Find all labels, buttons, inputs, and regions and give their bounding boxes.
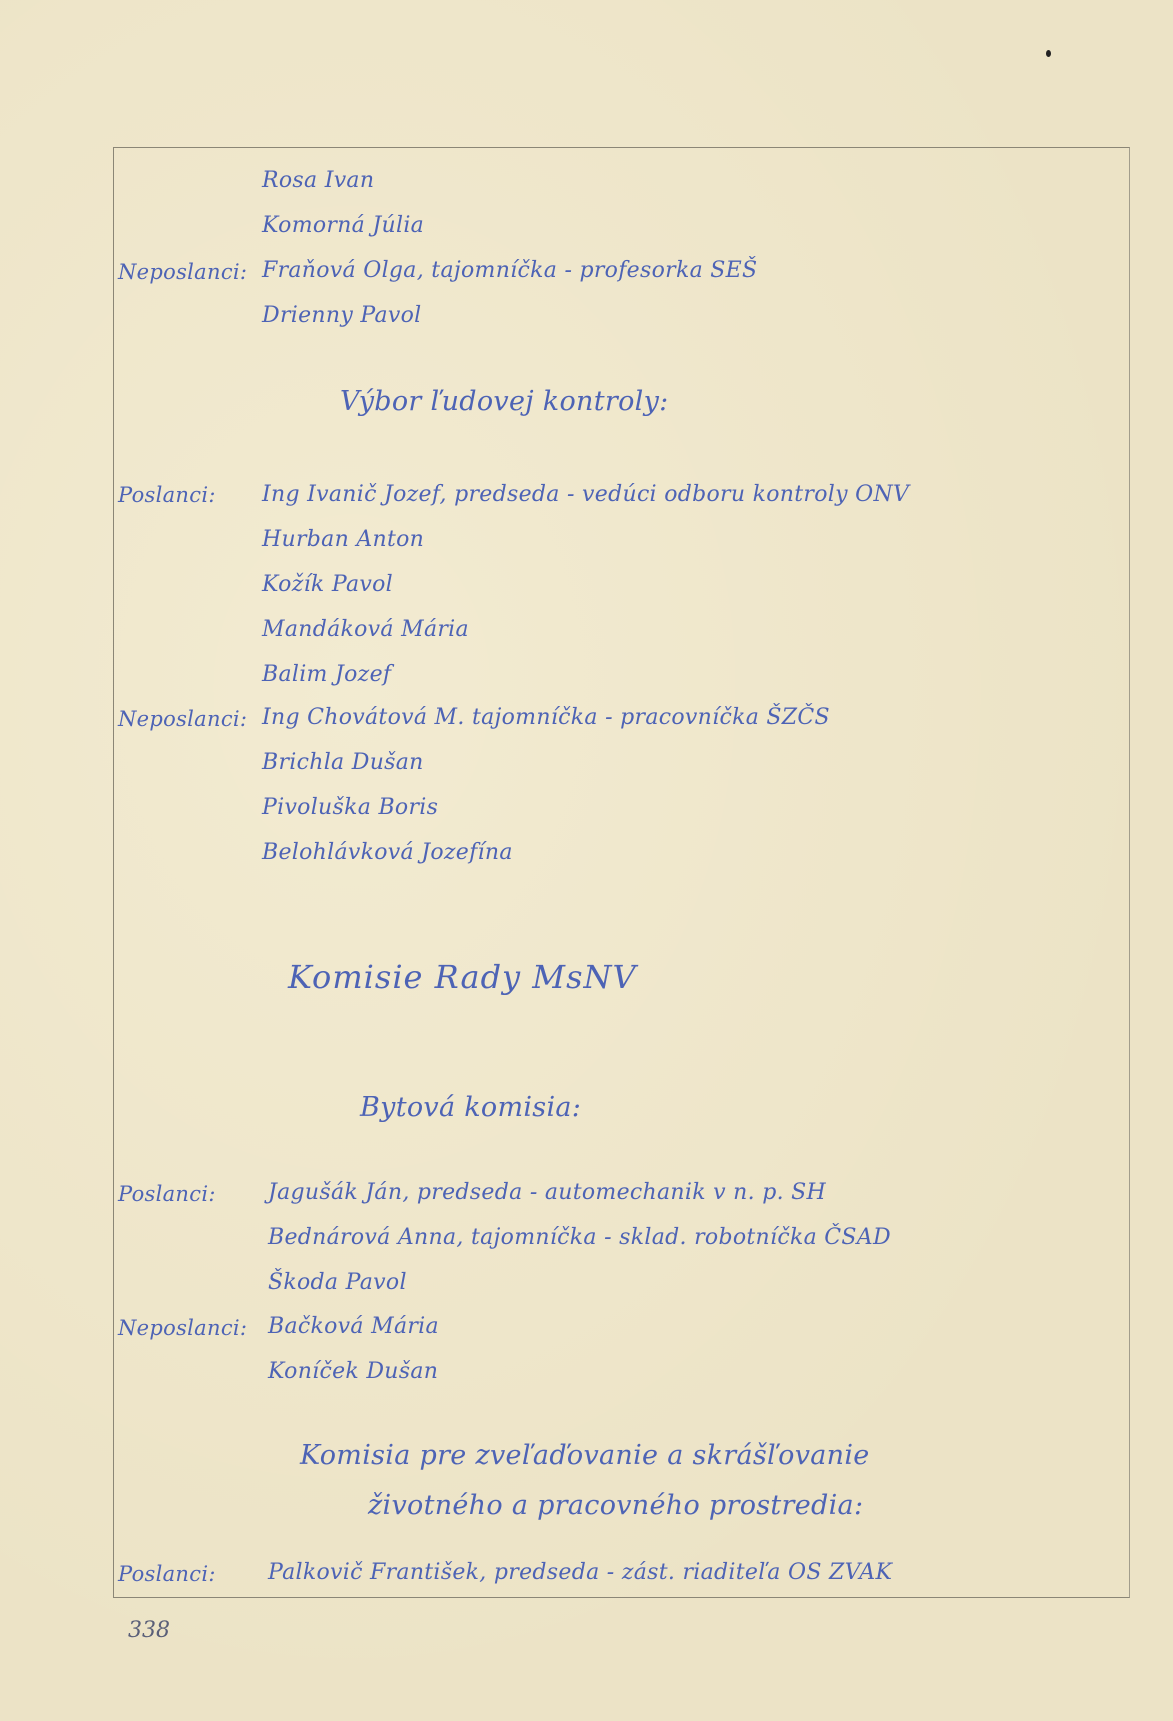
nonmembers-label: Neposlanci: [118,707,247,731]
nonmember-name: Koníček Dušan [268,1359,438,1384]
nonmember-name: Bačková Mária [268,1314,439,1339]
members-label: Poslanci: [118,483,216,507]
member-name: Mandáková Mária [262,617,469,642]
section-title-vybor-kontroly: Výbor ľudovej kontroly: [340,386,669,417]
member-name: Palkovič František, predseda - zást. ria… [268,1560,892,1585]
member-name: Bednárová Anna, tajomníčka - sklad. robo… [268,1225,891,1250]
member-name: Rosa Ivan [262,168,374,193]
member-name: Kožík Pavol [262,572,393,597]
member-name: Balim Jozef [262,662,391,687]
page-number: 338 [128,1618,170,1643]
nonmembers-label: Neposlanci: [118,1316,247,1340]
nonmembers-label: Neposlanci: [118,260,247,284]
nonmember-name: Pivoluška Boris [262,795,438,820]
member-name: Komorná Júlia [262,213,424,238]
ink-spot [1046,50,1051,57]
section-title-komisie-rady: Komisie Rady MsNV [288,958,637,996]
nonmember-name: Drienny Pavol [262,303,422,328]
section-title-prostredie-line2: životného a pracovného prostredia: [368,1490,863,1521]
nonmember-name: Fraňová Olga, tajomníčka - profesorka SE… [262,258,757,283]
page-frame [113,147,1130,1598]
member-name: Hurban Anton [262,527,424,552]
member-name: Jagušák Ján, predseda - automechanik v n… [268,1180,826,1205]
nonmember-name: Ing Chovátová M. tajomníčka - pracovníčk… [262,705,830,730]
nonmember-name: Belohlávková Jozefína [262,840,513,865]
nonmember-name: Brichla Dušan [262,750,424,775]
section-title-prostredie-line1: Komisia pre zveľaďovanie a skrášľovanie [300,1440,870,1471]
member-name: Ing Ivanič Jozef, predseda - vedúci odbo… [262,482,909,507]
members-label: Poslanci: [118,1182,216,1206]
member-name: Škoda Pavol [268,1270,407,1295]
members-label: Poslanci: [118,1562,216,1586]
section-title-bytova-komisia: Bytová komisia: [360,1092,581,1123]
